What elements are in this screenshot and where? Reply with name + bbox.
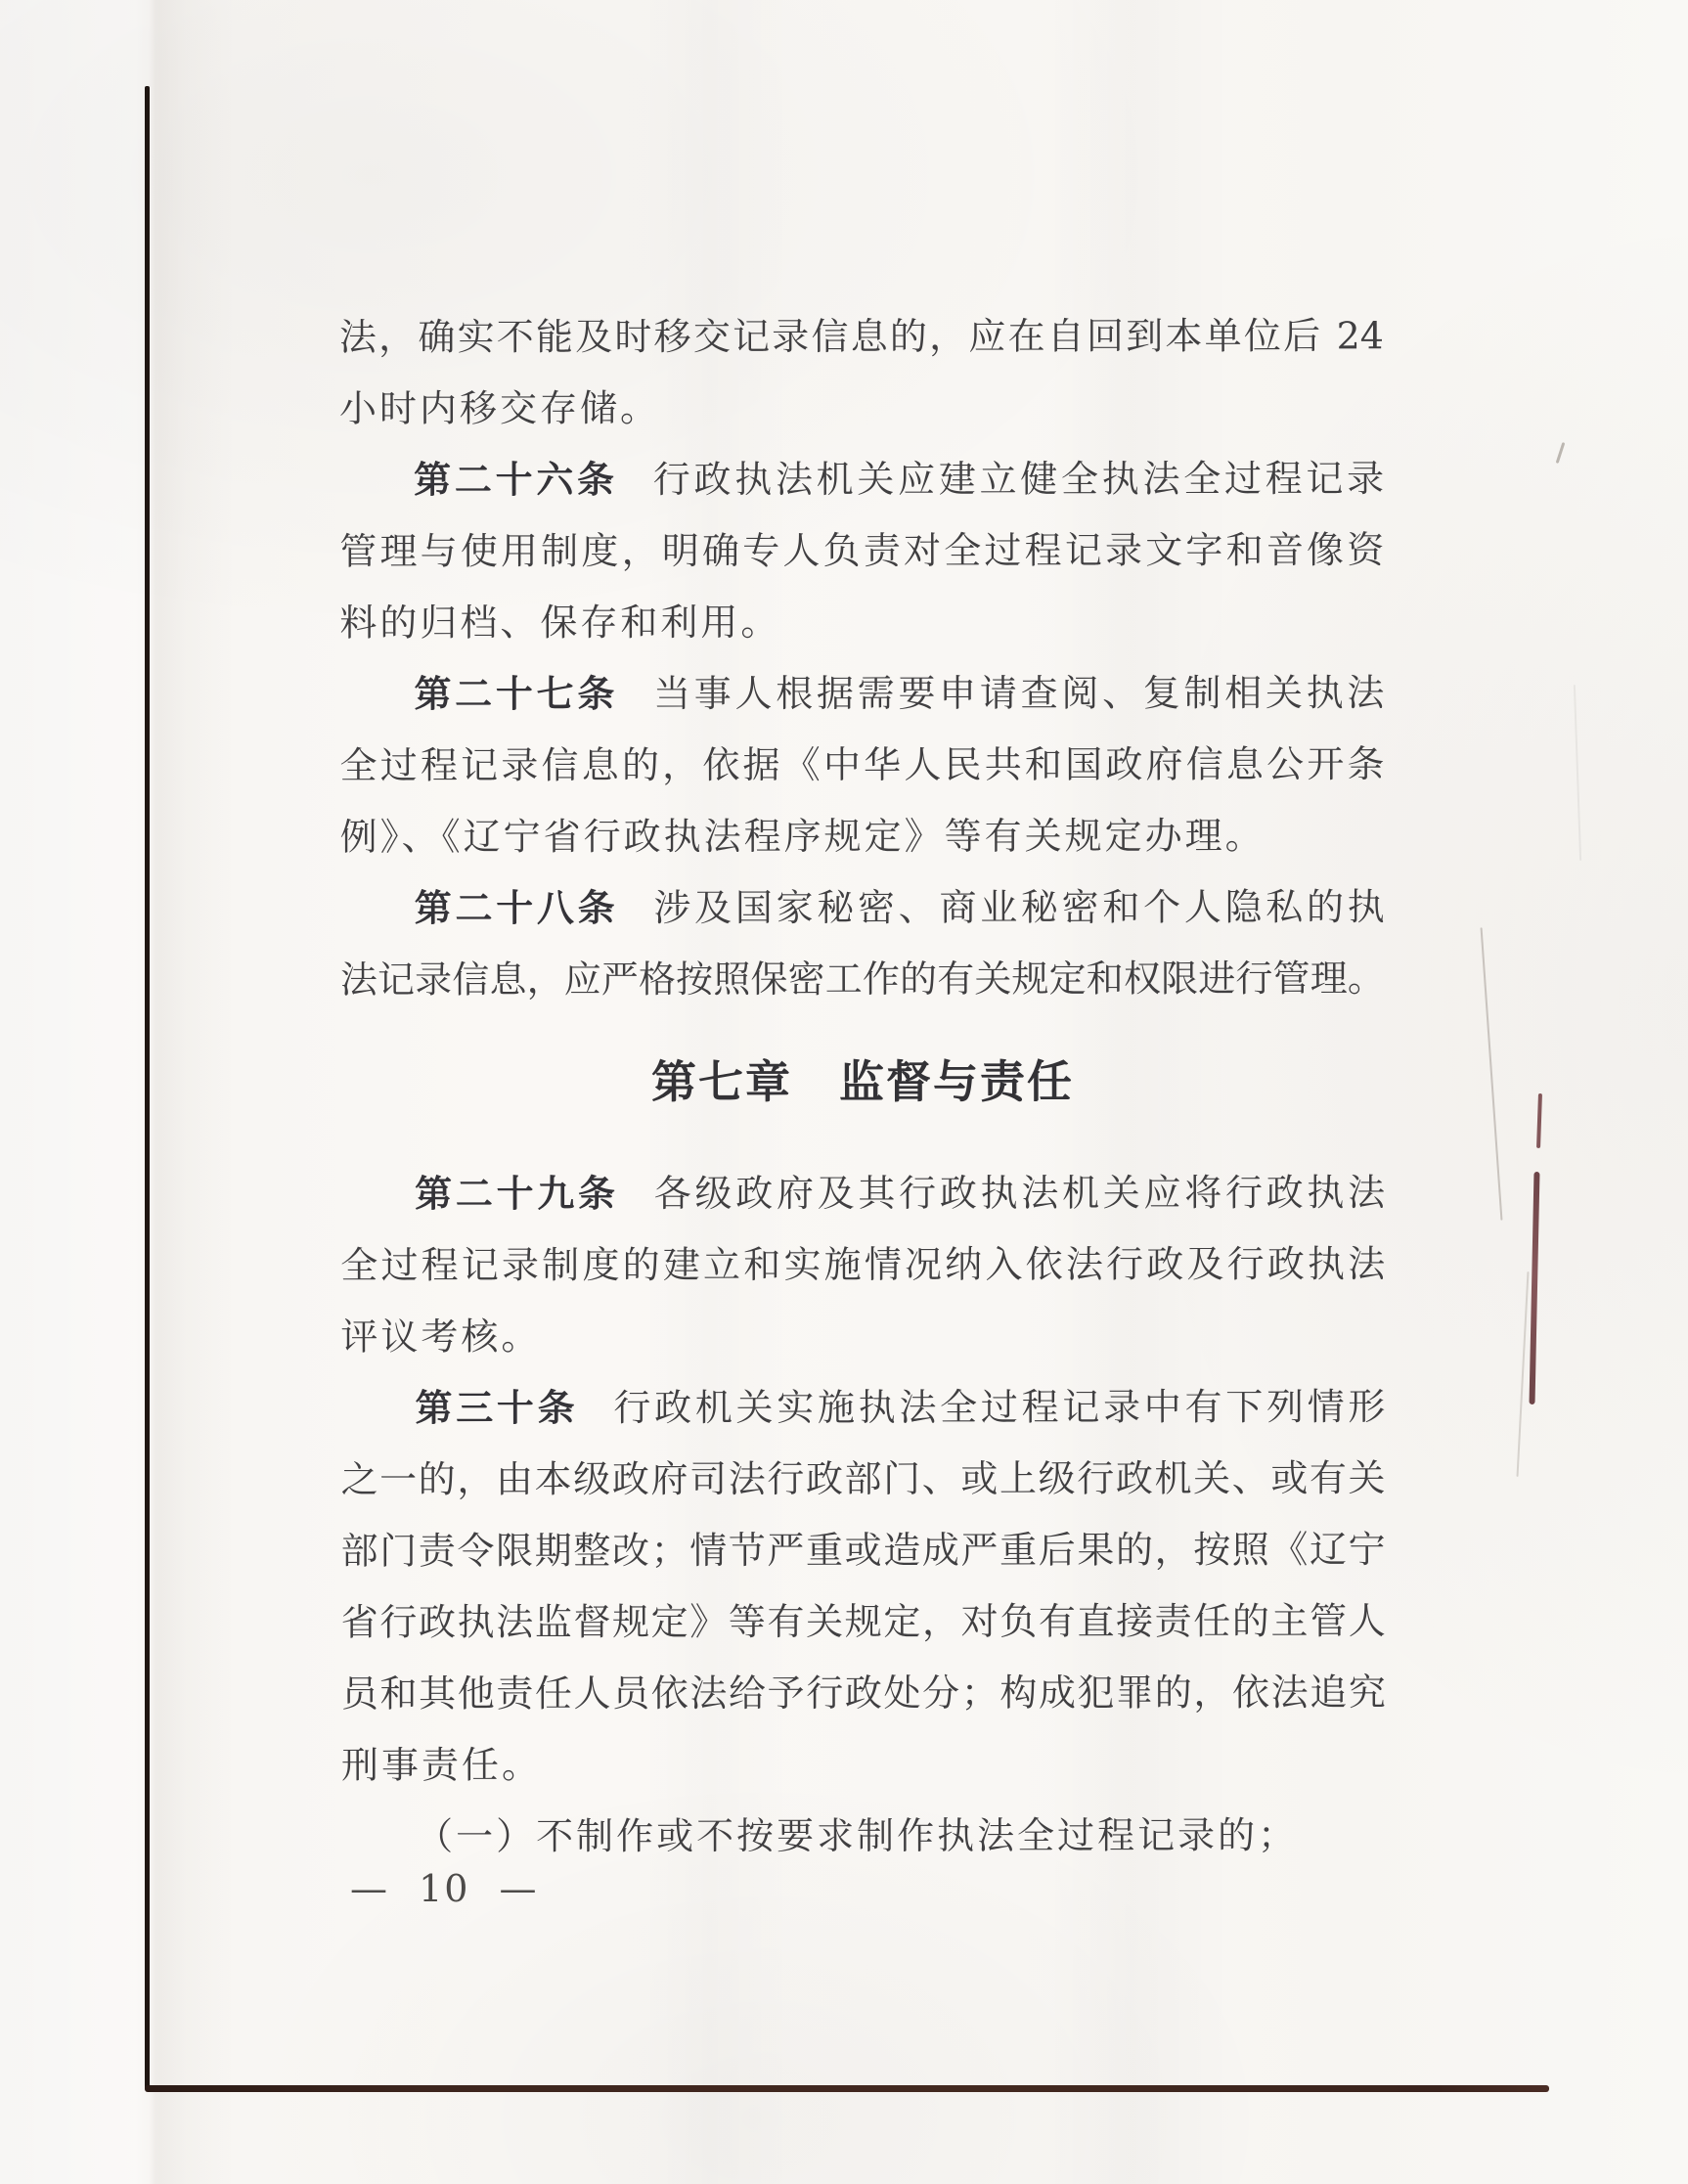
text-line: 管理与使用制度，明确专人负责对全过程记录文字和音像资 bbox=[339, 524, 1384, 597]
text-line: 第二十九条各级政府及其行政执法机关应将行政执法 bbox=[340, 1167, 1385, 1239]
text-line: 第二十六条行政执法机关应建立健全执法全过程记录 bbox=[339, 453, 1384, 525]
document-text-block: 法，确实不能及时移交记录信息的，应在自回到本单位后 24小时内移交存储。第二十六… bbox=[339, 310, 1386, 1882]
text-segment: 之一的，由本级政府司法行政部门、或上级行政机关、或有关 bbox=[341, 1456, 1386, 1500]
page-number: — 10 — bbox=[350, 1866, 539, 1911]
binding-edge-line bbox=[145, 86, 150, 2090]
text-segment: 各级政府及其行政执法机关应将行政执法 bbox=[654, 1171, 1385, 1215]
ink-stain-upper bbox=[1536, 1093, 1542, 1148]
text-line: 料的归档、保存和利用。 bbox=[339, 596, 1384, 668]
text-line: 例》、《辽宁省行政执法程序规定》等有关规定办理。 bbox=[340, 810, 1385, 882]
text-line: 全过程记录制度的建立和实施情况纳入依法行政及行政执法 bbox=[340, 1238, 1385, 1311]
text-line: 全过程记录信息的，依据《中华人民共和国政府信息公开条 bbox=[339, 738, 1384, 811]
text-line: 员和其他责任人员依法给予行政处分；构成犯罪的，依法追究 bbox=[341, 1667, 1386, 1739]
scanned-document-page: 法，确实不能及时移交记录信息的，应在自回到本单位后 24小时内移交存储。第二十六… bbox=[0, 0, 1688, 2184]
text-segment: 刑事责任。 bbox=[341, 1743, 542, 1786]
text-segment: 部门责令限期整改；情节严重或造成严重后果的，按照《辽宁 bbox=[341, 1528, 1386, 1572]
article-number: 第二十九条 bbox=[415, 1172, 619, 1215]
text-line: 小时内移交存储。 bbox=[339, 381, 1384, 454]
article-number: 第三十条 bbox=[415, 1386, 578, 1429]
chapter-heading: 第七章 监督与责任 bbox=[340, 1049, 1385, 1127]
ink-stain-lower bbox=[1530, 1172, 1540, 1404]
text-segment: 全过程记录信息的，依据《中华人民共和国政府信息公开条 bbox=[339, 742, 1384, 786]
text-segment: 行政执法机关应建立健全执法全过程记录 bbox=[653, 457, 1384, 501]
text-segment: 例》、《辽宁省行政执法程序规定》等有关规定办理。 bbox=[340, 814, 1266, 858]
paper-crease-mark bbox=[1556, 442, 1566, 464]
text-line: 第二十八条涉及国家秘密、商业秘密和个人隐私的执 bbox=[340, 881, 1385, 954]
text-segment: 员和其他责任人员依法给予行政处分；构成犯罪的，依法追究 bbox=[341, 1671, 1386, 1715]
text-line: 第三十条行政机关实施执法全过程记录中有下列情形 bbox=[340, 1381, 1385, 1453]
text-segment: 当事人根据需要申请查阅、复制相关执法 bbox=[653, 671, 1384, 715]
text-segment: 涉及国家秘密、商业秘密和个人隐私的执 bbox=[653, 885, 1384, 929]
text-segment: 第七章 监督与责任 bbox=[651, 1055, 1074, 1109]
text-segment: 管理与使用制度，明确专人负责对全过程记录文字和音像资 bbox=[339, 528, 1384, 572]
page-bottom-edge-line bbox=[145, 2085, 1549, 2092]
text-segment: 行政机关实施执法全过程记录中有下列情形 bbox=[613, 1385, 1385, 1429]
text-line: 之一的，由本级政府司法行政部门、或上级行政机关、或有关 bbox=[341, 1452, 1386, 1525]
text-segment: 小时内移交存储。 bbox=[339, 386, 660, 429]
article-number: 第二十八条 bbox=[415, 886, 619, 929]
text-segment: 全过程记录制度的建立和实施情况纳入依法行政及行政执法 bbox=[340, 1242, 1385, 1286]
paper-crease-mark bbox=[1574, 685, 1581, 861]
text-line: 刑事责任。 bbox=[341, 1738, 1386, 1810]
text-line: 法记录信息，应严格按照保密工作的有关规定和权限进行管理。 bbox=[340, 953, 1385, 1025]
text-segment: 料的归档、保存和利用。 bbox=[339, 601, 780, 645]
text-line: 部门责令限期整改；情节严重或造成严重后果的，按照《辽宁 bbox=[341, 1524, 1386, 1596]
text-line: 第二十七条当事人根据需要申请查阅、复制相关执法 bbox=[339, 667, 1384, 739]
paper-crease-mark bbox=[1481, 927, 1503, 1220]
text-segment: 评议考核。 bbox=[340, 1315, 541, 1358]
text-segment: （一）不制作或不按要求制作执法全过程记录的； bbox=[416, 1813, 1298, 1857]
article-number: 第二十七条 bbox=[414, 672, 618, 715]
text-segment: 省行政执法监督规定》等有关规定，对负有直接责任的主管人 bbox=[341, 1599, 1386, 1643]
text-segment: 法，确实不能及时移交记录信息的，应在自回到本单位后 24 bbox=[339, 314, 1384, 358]
paper-crease-mark bbox=[1517, 1271, 1530, 1477]
text-line: 省行政执法监督规定》等有关规定，对负有直接责任的主管人 bbox=[341, 1595, 1386, 1668]
text-line: 评议考核。 bbox=[340, 1310, 1385, 1382]
text-segment: 法记录信息，应严格按照保密工作的有关规定和权限进行管理。 bbox=[340, 957, 1385, 1001]
article-number: 第二十六条 bbox=[414, 458, 618, 501]
text-line: 法，确实不能及时移交记录信息的，应在自回到本单位后 24 bbox=[339, 310, 1384, 382]
